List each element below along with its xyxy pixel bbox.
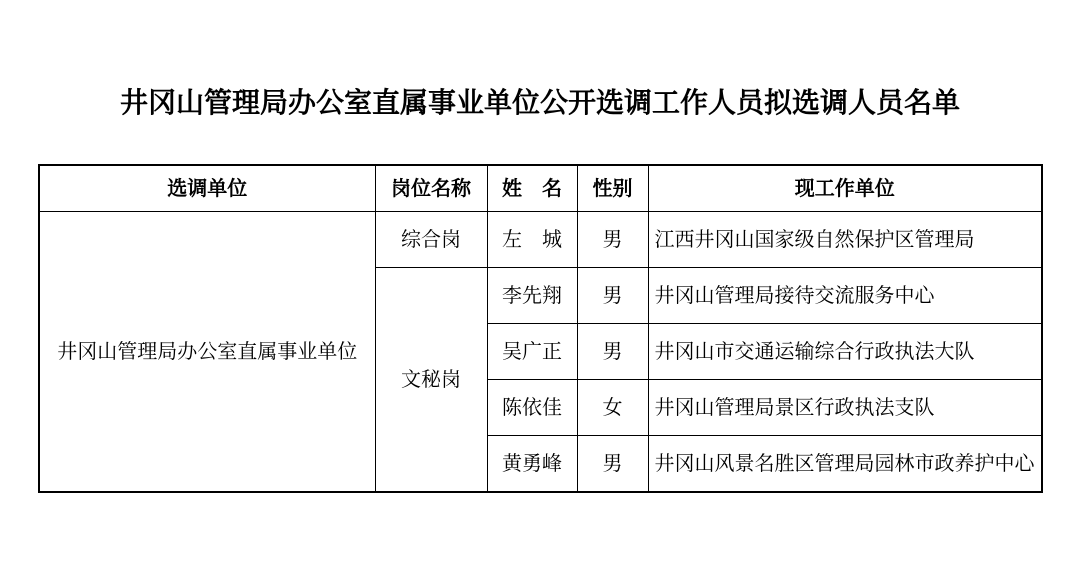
cell-current-unit: 井冈山管理局景区行政执法支队 xyxy=(648,380,1042,436)
cell-current-unit: 江西井冈山国家级自然保护区管理局 xyxy=(648,212,1042,268)
cell-name: 陈依佳 xyxy=(487,380,577,436)
column-header-selection-unit: 选调单位 xyxy=(39,165,375,212)
cell-selection-unit: 井冈山管理局办公室直属事业单位 xyxy=(39,212,375,493)
cell-gender: 男 xyxy=(577,324,648,380)
cell-name: 黄勇峰 xyxy=(487,436,577,493)
page-title: 井冈山管理局办公室直属事业单位公开选调工作人员拟选调人员名单 xyxy=(0,86,1080,122)
table-row: 井冈山管理局办公室直属事业单位 综合岗 左 城 男 江西井冈山国家级自然保护区管… xyxy=(39,212,1042,268)
cell-gender: 男 xyxy=(577,268,648,324)
cell-gender: 男 xyxy=(577,436,648,493)
cell-gender: 男 xyxy=(577,212,648,268)
personnel-table: 选调单位 岗位名称 姓 名 性别 现工作单位 井冈山管理局办公室直属事业单位 综… xyxy=(38,164,1043,493)
column-header-position: 岗位名称 xyxy=(375,165,487,212)
table-header-row: 选调单位 岗位名称 姓 名 性别 现工作单位 xyxy=(39,165,1042,212)
cell-name: 吴广正 xyxy=(487,324,577,380)
column-header-current-unit: 现工作单位 xyxy=(648,165,1042,212)
cell-name: 左 城 xyxy=(487,212,577,268)
cell-current-unit: 井冈山风景名胜区管理局园林市政养护中心 xyxy=(648,436,1042,493)
document-page: 井冈山管理局办公室直属事业单位公开选调工作人员拟选调人员名单 选调单位 岗位名称… xyxy=(0,0,1080,561)
column-header-name: 姓 名 xyxy=(487,165,577,212)
cell-name: 李先翔 xyxy=(487,268,577,324)
cell-current-unit: 井冈山市交通运输综合行政执法大队 xyxy=(648,324,1042,380)
cell-gender: 女 xyxy=(577,380,648,436)
cell-position: 综合岗 xyxy=(375,212,487,268)
cell-current-unit: 井冈山管理局接待交流服务中心 xyxy=(648,268,1042,324)
cell-position: 文秘岗 xyxy=(375,268,487,493)
column-header-gender: 性别 xyxy=(577,165,648,212)
